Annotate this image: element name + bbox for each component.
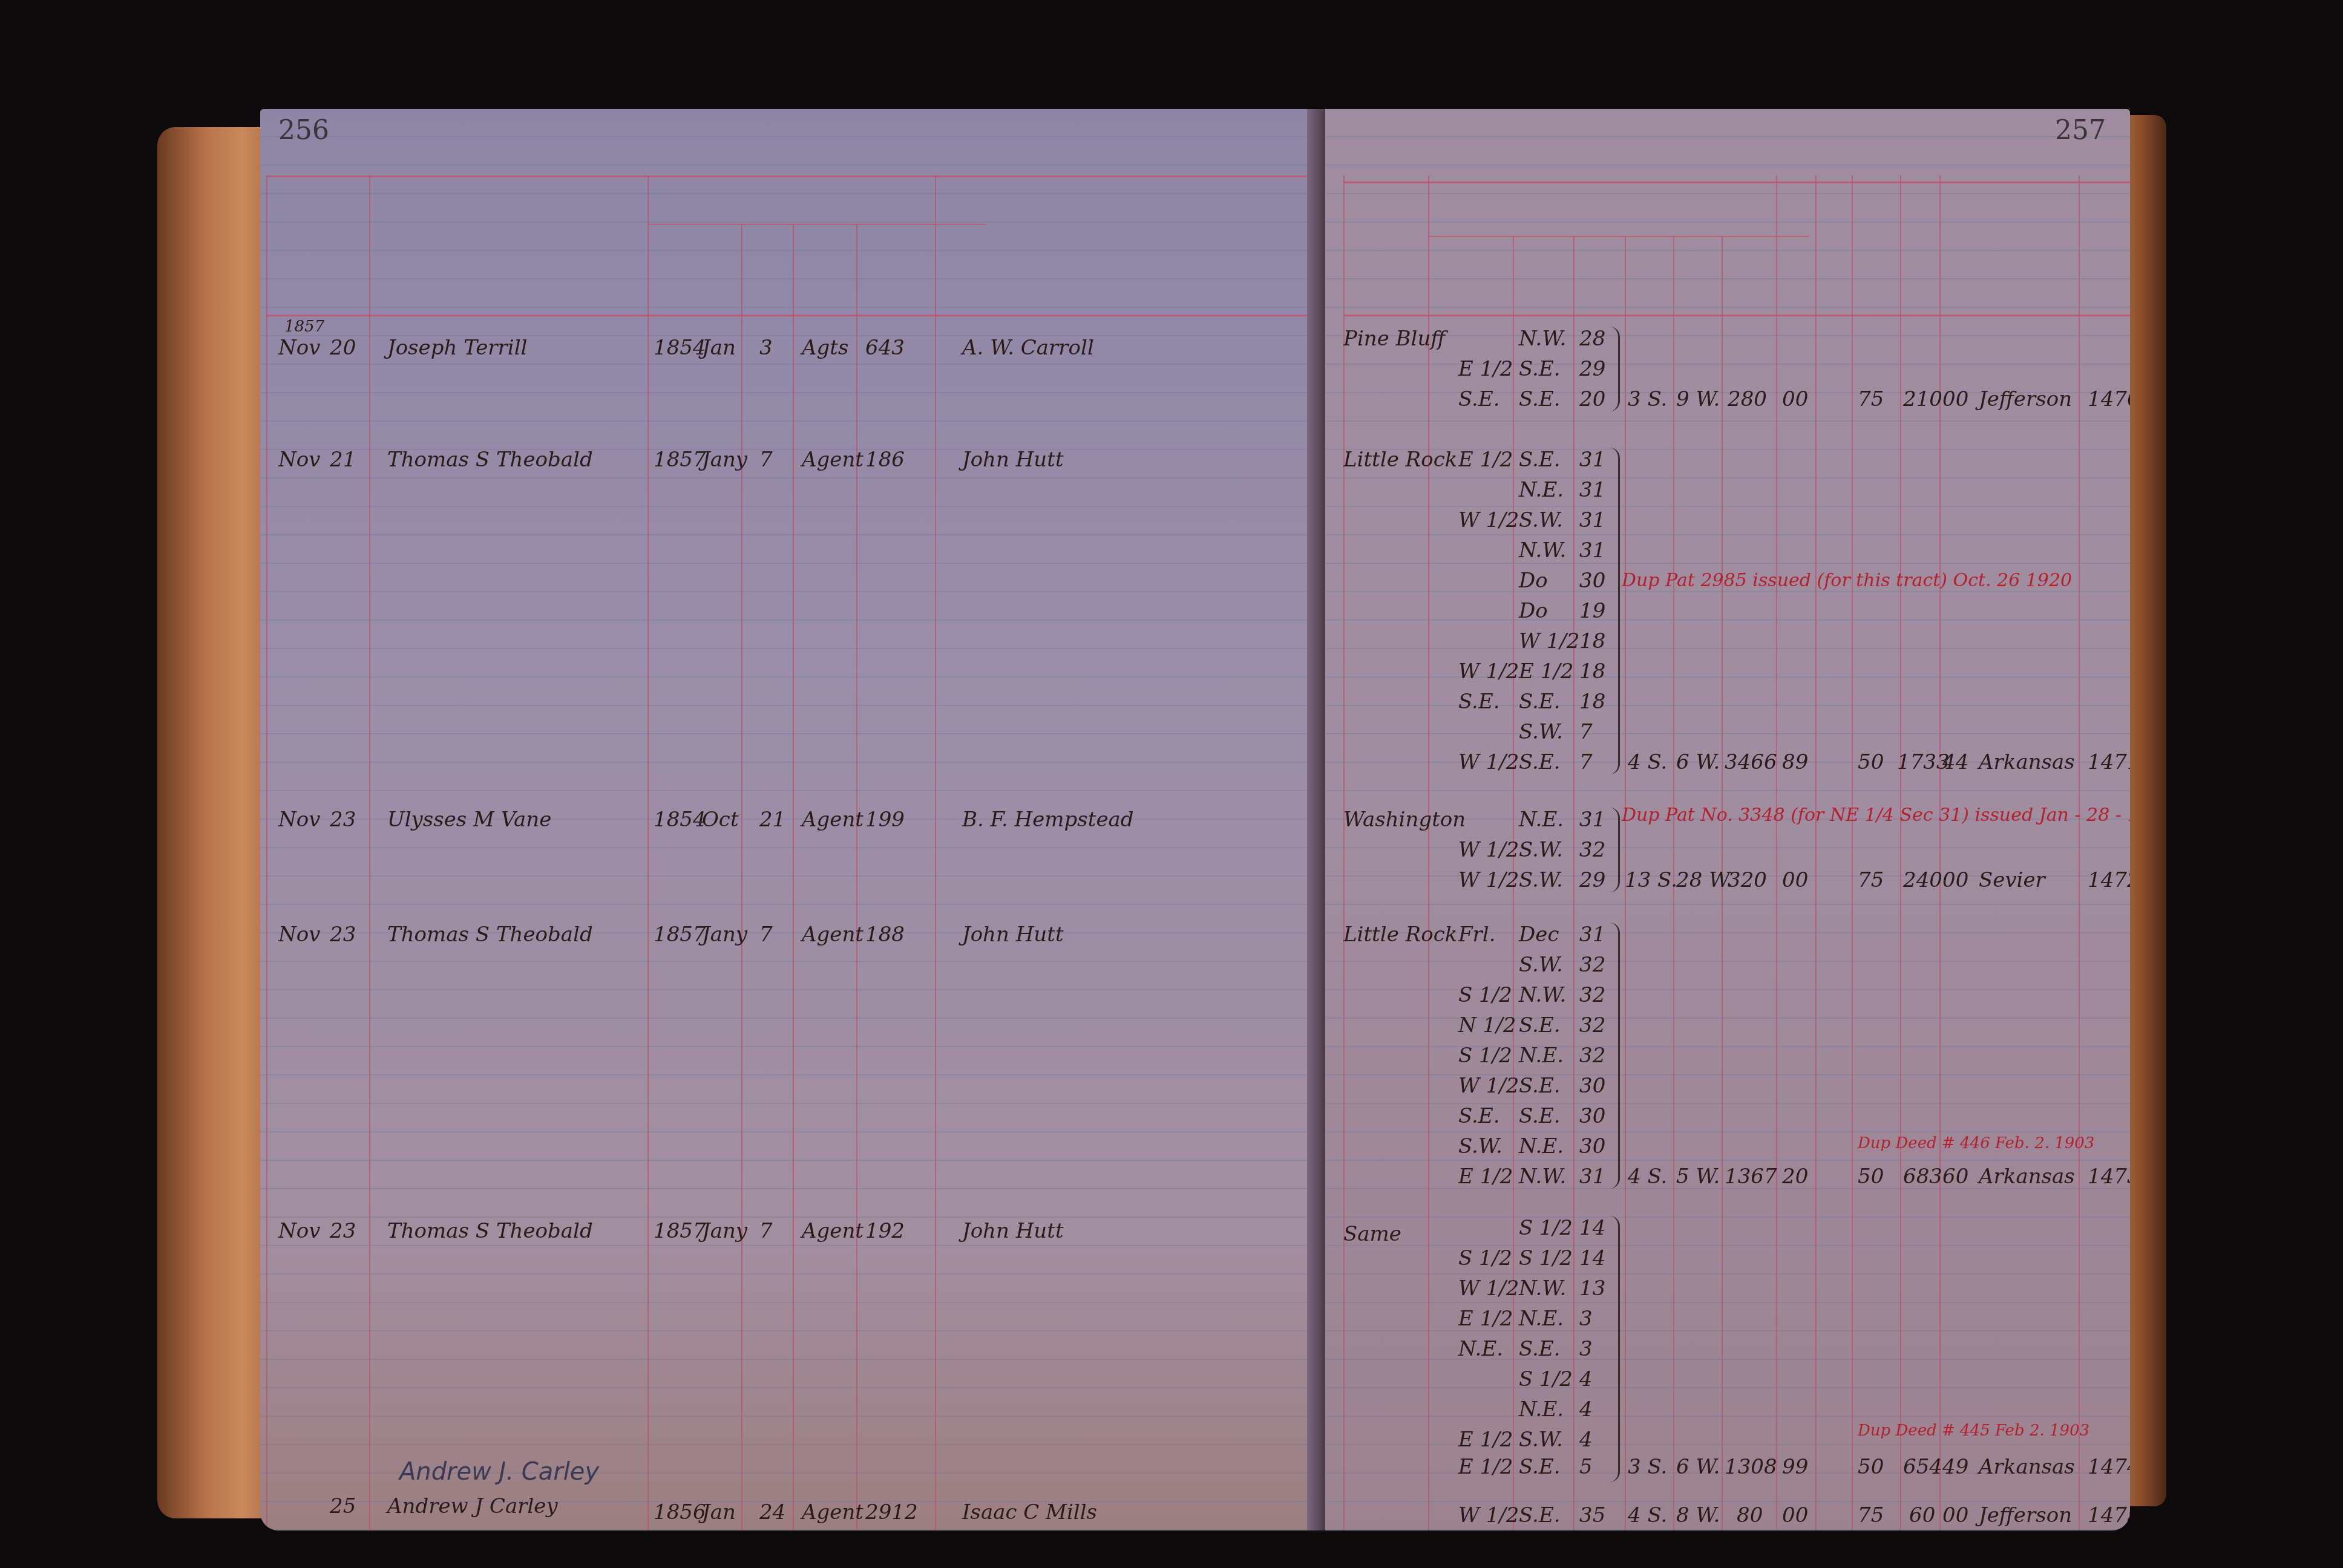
pencil-annotation: Andrew J. Carley <box>399 1458 599 1486</box>
left-page: 256 1857 Nov 20 Joseph Terrill 1854 Jan … <box>260 109 1325 1530</box>
left-page-number: 256 <box>278 115 329 146</box>
ledger-book: 256 1857 Nov 20 Joseph Terrill 1854 Jan … <box>157 103 2166 1543</box>
red-annotation: Dup Pat 2985 issued (for this tract) Oct… <box>1622 570 2072 591</box>
right-page-number: 257 <box>2055 115 2106 146</box>
red-annotation: Dup Deed # 445 Feb 2. 1903 <box>1858 1422 2089 1440</box>
right-page: 257 Pine Bluff N.W. 28 E 1/2 S.E. 29 S.E… <box>1325 109 2130 1530</box>
red-annotation: Dup Deed # 446 Feb. 2. 1903 <box>1858 1134 2094 1152</box>
red-annotation: Dup Pat No. 3348 (for NE 1/4 Sec 31) iss… <box>1622 805 2130 826</box>
